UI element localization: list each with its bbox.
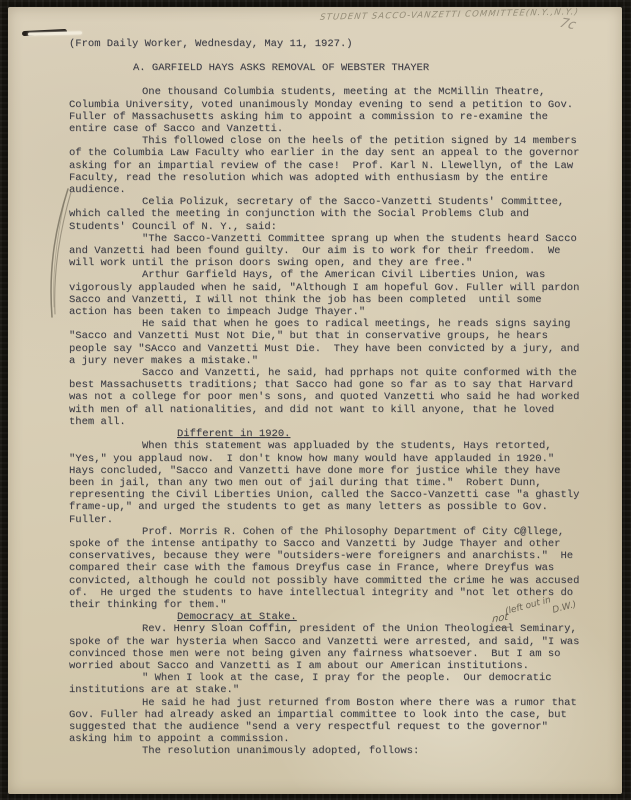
paragraph-massachusetts-traditions: Sacco and Vanzetti, he said, had pprhaps… <box>69 367 582 428</box>
handwritten-committee-stamp: STUDENT SACCO-VANZETTI COMMITTEE(N.Y.,N.… <box>319 7 579 22</box>
typewritten-text-block: (From Daily Worker, Wednesday, May 11, 1… <box>69 38 582 758</box>
article-title: A. GARFIELD HAYS ASKS REMOVAL OF WEBSTER… <box>133 62 582 74</box>
paragraph-committee-quote: "The Sacco-Vanzetti Committee sprang up … <box>69 233 582 270</box>
paragraph-pray-for-people: " When I look at the case, I pray for th… <box>69 672 582 696</box>
paragraph-morris-cohen: Prof. Morris R. Cohen of the Philosophy … <box>69 526 582 611</box>
handwritten-page-number: 7c <box>558 16 578 33</box>
paragraph-returned-from-boston: He said he had just returned from Boston… <box>69 697 582 746</box>
paragraph-resolution-adopted: The resolution unanimously adopted, foll… <box>69 745 582 757</box>
paragraph-hays-retorted: When this statement was appluaded by the… <box>69 440 582 525</box>
paragraph-celia-polizuk: Celia Polizuk, secretary of the Sacco-Va… <box>69 196 582 233</box>
paragraph-radical-meetings: He said that when he goes to radical mee… <box>69 318 582 367</box>
paragraph-law-faculty-petition: This followed close on the heels of the … <box>69 135 582 196</box>
document-page: STUDENT SACCO-VANZETTI COMMITTEE(N.Y.,N.… <box>8 7 622 794</box>
paragraph-henry-sloan-coffin: Rev. Henry Sloan Coffin, president of th… <box>69 623 582 672</box>
paragraph-columbia-students: One thousand Columbia students, meeting … <box>69 86 582 135</box>
archival-scan-background: { "page": { "colors": { "background": "#… <box>0 0 631 800</box>
section-heading-different-in-1920: Different in 1920. <box>177 428 582 440</box>
margin-note-line2: D.W.) <box>551 589 618 617</box>
paragraph-hays-applauded: Arthur Garfield Hays, of the American Ci… <box>69 269 582 318</box>
source-attribution-line: (From Daily Worker, Wednesday, May 11, 1… <box>69 38 582 50</box>
